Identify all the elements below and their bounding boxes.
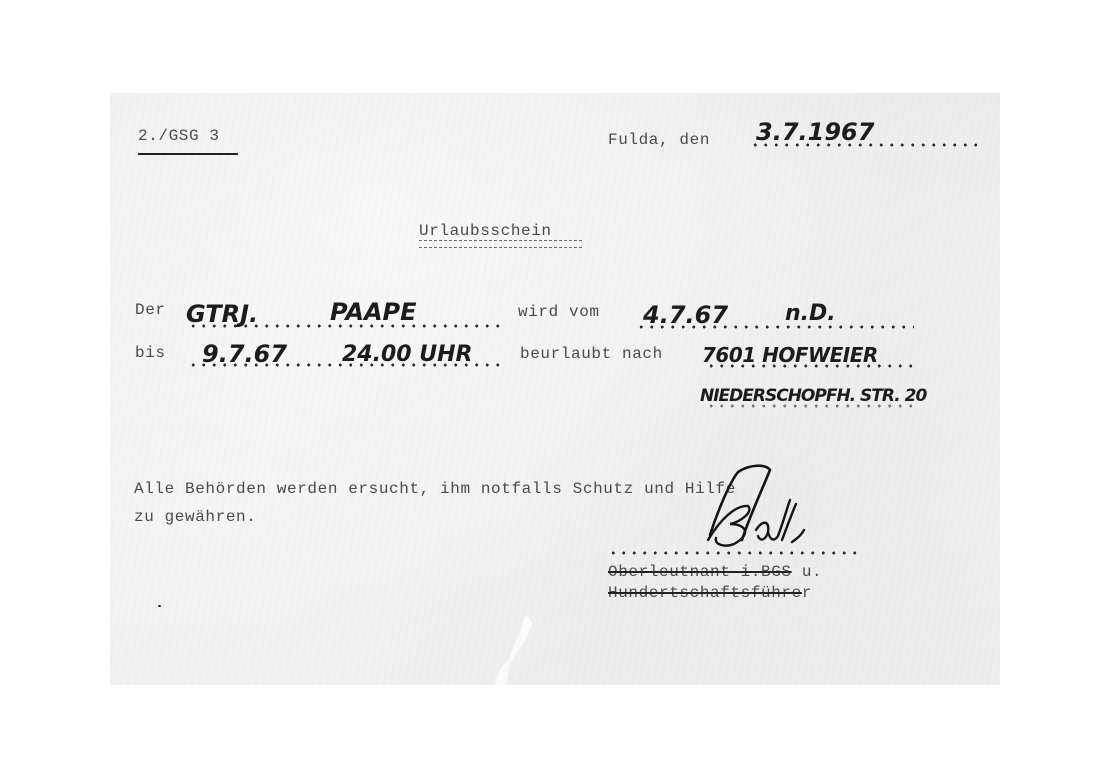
ink-speck: [158, 605, 161, 607]
der-label: Der: [135, 301, 166, 319]
from-note-handwritten: n.D.: [785, 301, 836, 326]
from-date-handwritten: 4.7.67: [643, 301, 728, 329]
request-text-line2: zu gewähren.: [134, 508, 256, 526]
wird-vom-label: wird vom: [518, 303, 600, 321]
unit-label: 2./GSG 3: [138, 127, 220, 145]
bis-label: bis: [135, 344, 166, 362]
paper-tear: [495, 615, 545, 685]
destination-line2-handwritten: NIEDERSCHOPFH. STR. 20: [700, 386, 926, 406]
beurlaubt-nach-label: beurlaubt nach: [520, 345, 663, 363]
rank-handwritten: GTRJ.: [186, 300, 258, 328]
signatory-title-line1: Oberleutnant i.BGS u.: [608, 563, 822, 581]
to-time-handwritten: 24.00 UHR: [342, 342, 472, 367]
signatory-rank-suffix: u.: [792, 563, 823, 581]
name-handwritten: PAAPE: [330, 298, 417, 326]
signatory-role-struck: Hundertschaftsführe: [608, 584, 802, 602]
destination-line1-handwritten: 7601 HOFWEIER: [702, 343, 878, 367]
document-title: Urlaubsschein: [419, 222, 552, 240]
signatory-rank-struck: Oberleutnant i.BGS: [608, 563, 792, 581]
unit-underline: [138, 153, 238, 155]
title-double-underline: [419, 240, 582, 248]
request-text-line1: Alle Behörden werden ersucht, ihm notfal…: [134, 480, 736, 498]
signature-dotted-line: [608, 551, 860, 555]
to-date-handwritten: 9.7.67: [202, 340, 287, 368]
date-handwritten: 3.7.1967: [756, 118, 874, 146]
place-label: Fulda, den: [608, 131, 710, 149]
signatory-title-line2: Hundertschaftsführer: [608, 584, 812, 602]
signatory-role-suffix: r: [802, 584, 812, 602]
